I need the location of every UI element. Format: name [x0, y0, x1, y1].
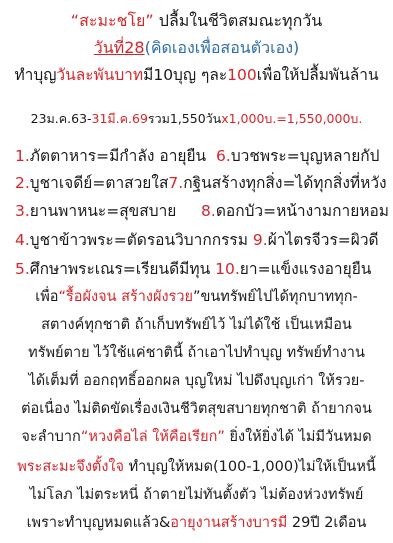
- paragraph-text: ยิ่งให้ยิ่งได้ ไม่มีวันหมด: [225, 429, 372, 445]
- paragraph-line: ต่อเนื่อง ไม่ติดขัดเรื่องเงินชีวิตสุขสบา…: [0, 402, 393, 417]
- merit-num: 1.: [15, 147, 30, 165]
- merit-text: กฐินสร้างทุกสิ่ง=ได้ทุกสิ่งที่หวัง: [183, 174, 386, 192]
- period-days: รวม1,550วัน: [148, 111, 221, 126]
- paragraph-text: ”ขนทรัพย์ไปได้ทุกบาททุก-: [193, 289, 358, 305]
- merit-text: ภัตตาหาร=มีกำลัง อายุยืน: [30, 147, 206, 165]
- merit-num: 9.: [253, 231, 268, 249]
- merit-row: 1.ภัตตาหาร=มีกำลัง อายุยืน 6.บวชพระ=บุญห…: [15, 143, 380, 168]
- period-line: 23ม.ค.63-31มี.ค.69รวม1,550วันx1,000บ.=1,…: [0, 113, 393, 126]
- merit-row: 5.ศึกษาพระเณร=เรียนดีมีทุน 10.ยา=แข็งแรง…: [15, 256, 371, 281]
- merit-text: บวชพระ=บุญหลายกัป: [231, 147, 380, 165]
- intro-line: ทำบุญวันละพันบาทมี10บุญ ๆละ100เพื่อให้ปล…: [0, 68, 393, 84]
- paragraph-line: เพื่อ“รื้อผังจน สร้างผังรวย”ขนทรัพย์ไปได…: [0, 290, 393, 305]
- merit-num: 8.: [201, 202, 216, 220]
- merit-row: 4.บูชาข้าวพระ=ตัดรอนวิบากกรรม 9.ผ้าไตรจี…: [15, 227, 379, 252]
- paragraph-line: ได้เต็มที่ ออกฤทธิ์ออกผล บุญใหม่ ไปดึงบุ…: [0, 374, 393, 389]
- paragraph-line: ไม่โลภ ไม่ตระหนี่ ถ้าตายไม่ทันตั้งตัว ไม…: [0, 488, 393, 503]
- merit-text: ดอกบัว=หน้างามกายหอม: [216, 202, 389, 220]
- merit-num: 10.: [215, 260, 240, 278]
- intro-text: มี10บุญ ๆละ: [143, 66, 227, 84]
- merit-text: บูชาเจดีย์=ตาสวยใส: [30, 174, 169, 192]
- paragraph-line: สตางค์ทุกชาติ ถ้าเก็บทรัพย์ไว้ ไม่ได้ใช้…: [0, 318, 393, 333]
- paragraph-line: ทรัพย์ตาย ไว้ใช้แค่ชาตินี้ ถ้าเอาไปทำบุญ…: [0, 346, 393, 361]
- title-line: “สะมะชโย” ปลื้มในชีวิตสมณะทุกวัน: [0, 13, 393, 29]
- paragraph-text: เพราะทำบุญหมดแล้ว&: [27, 515, 171, 531]
- merit-post: “สะมะชโย” ปลื้มในชีวิตสมณะทุกวัน วันที่2…: [0, 0, 393, 543]
- intro-highlight: วันละพันบาท: [56, 66, 143, 84]
- paragraph-highlight: อายุงานสร้างบารมี: [170, 515, 287, 531]
- period-start: 23ม.ค.63-: [31, 111, 92, 126]
- paragraph-text: จะลำบาก: [21, 429, 80, 445]
- merit-text: ศึกษาพระเณร=เรียนดีมีทุน: [30, 260, 210, 278]
- paragraph-highlight: “หวงคือไล่ ให้คือเรียก”: [81, 429, 225, 445]
- intro-text: ทำบุญ: [14, 66, 56, 84]
- title-rest: ปลื้มในชีวิตสมณะทุกวัน: [154, 11, 322, 30]
- merit-row: 2.บูชาเจดีย์=ตาสวยใส7.กฐินสร้างทุกสิ่ง=ไ…: [15, 170, 387, 195]
- merit-text: ยานพาหนะ=สุขสบาย: [30, 202, 177, 220]
- merit-num: 7.: [168, 174, 183, 192]
- day-label: วันที่28: [94, 38, 145, 57]
- paragraph-text: 29ปี 2เดือน: [287, 515, 366, 531]
- merit-text: ยา=แข็งแรงอายุยืน: [240, 260, 372, 278]
- merit-num: 4.: [15, 231, 30, 249]
- merit-num: 2.: [15, 174, 30, 192]
- merit-num: 6.: [216, 147, 231, 165]
- period-end: 31มี.ค.69: [92, 111, 148, 126]
- merit-num: 3.: [15, 202, 30, 220]
- paragraph-text: เพื่อ: [35, 289, 58, 305]
- paragraph-highlight: “รื้อผังจน สร้างผังรวย: [59, 289, 193, 305]
- merit-text: บูชาข้าวพระ=ตัดรอนวิบากกรรม: [30, 231, 248, 249]
- paragraph-line: เพราะทำบุญหมดแล้ว&อายุงานสร้างบารมี 29ปี…: [0, 516, 393, 531]
- merit-num: 5.: [15, 260, 30, 278]
- paragraph-text: ทำบุญให้หมด(100-1,000)ไม่ให้เป็นหนี้: [124, 459, 376, 475]
- paragraph-line: จะลำบาก“หวงคือไล่ ให้คือเรียก” ยิ่งให้ยิ…: [0, 430, 393, 445]
- merit-row: 3.ยานพาหนะ=สุขสบาย 8.ดอกบัว=หน้างามกายหอ…: [15, 198, 389, 223]
- title-quote: “สะมะชโย”: [71, 11, 154, 30]
- merit-text: ผ้าไตรจีวร=ผิวดี: [268, 231, 379, 249]
- paragraph-line: พระสะมะจึงตั้งใจ ทำบุญให้หมด(100-1,000)ไ…: [0, 460, 393, 475]
- day-line: วันที่28(คิดเองเพื่อสอนตัวเอง): [0, 40, 393, 56]
- intro-highlight: 100: [227, 66, 257, 84]
- paragraph-highlight: พระสะมะจึงตั้งใจ: [17, 459, 124, 475]
- intro-text: เพื่อให้ปลื้มพันล้าน: [257, 66, 379, 84]
- period-total: x1,000บ.=1,550,000บ.: [221, 111, 362, 126]
- day-note: (คิดเองเพื่อสอนตัวเอง): [145, 38, 300, 57]
